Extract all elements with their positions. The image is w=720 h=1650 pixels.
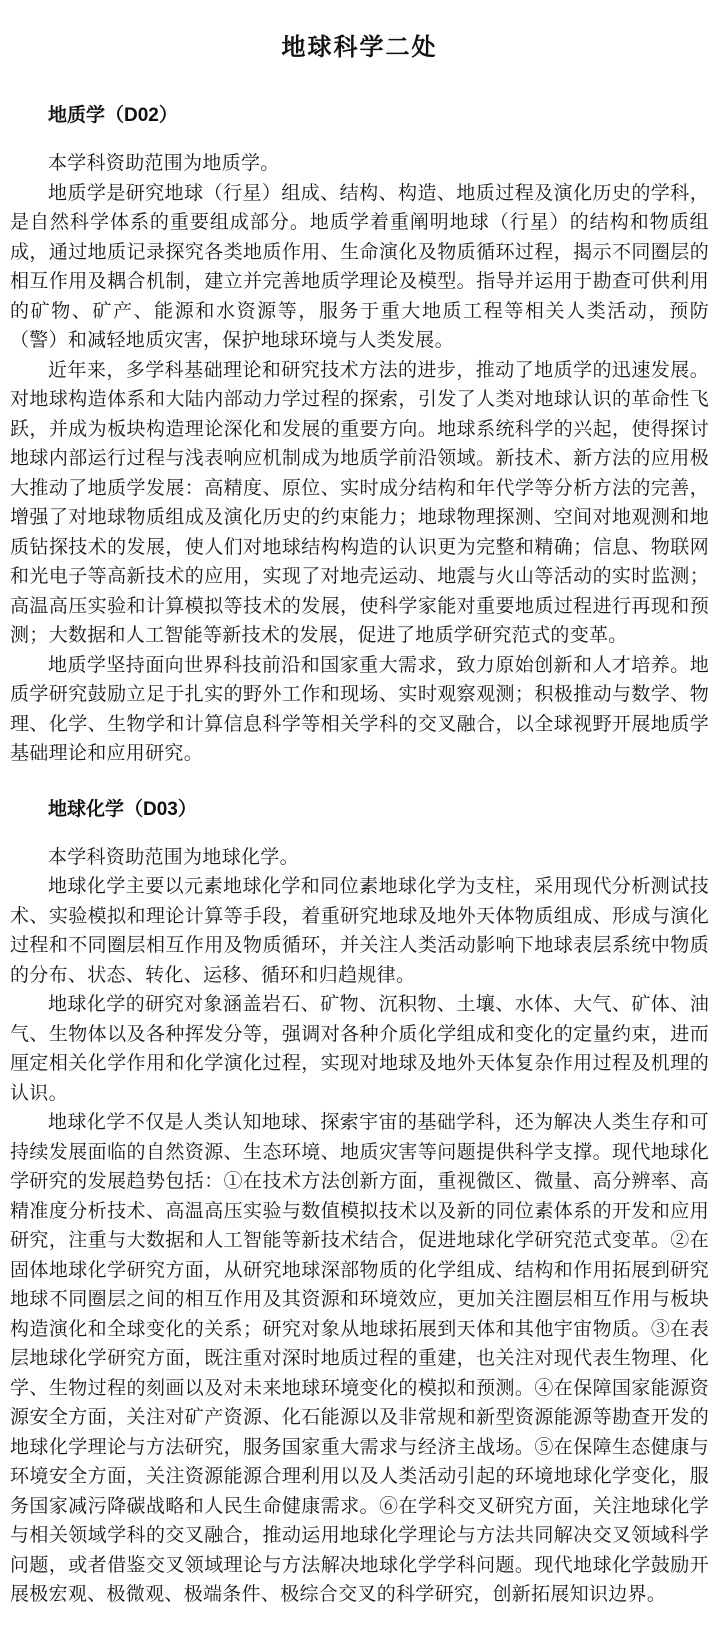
section-heading-geochemistry: 地球化学（D03） (10, 797, 709, 823)
paragraph: 地质学是研究地球（行星）组成、结构、构造、地质过程及演化历史的学科，是自然科学体… (10, 179, 709, 356)
section-geology: 地质学（D02） 本学科资助范围为地质学。 地质学是研究地球（行星）组成、结构、… (10, 103, 709, 769)
paragraph: 近年来，多学科基础理论和研究技术方法的进步，推动了地质学的迅速发展。对地球构造体… (10, 356, 709, 651)
paragraph: 地质学坚持面向世界科技前沿和国家重大需求，致力原始创新和人才培养。地质学研究鼓励… (10, 651, 709, 769)
page-title: 地球科学二处 (10, 33, 709, 63)
document-page: 地球科学二处 地质学（D02） 本学科资助范围为地质学。 地质学是研究地球（行星… (0, 0, 720, 1650)
section-heading-geology: 地质学（D02） (10, 103, 709, 129)
paragraph: 本学科资助范围为地质学。 (10, 149, 709, 179)
paragraph: 本学科资助范围为地球化学。 (10, 843, 709, 873)
paragraph: 地球化学主要以元素地球化学和同位素地球化学为支柱，采用现代分析测试技术、实验模拟… (10, 872, 709, 990)
paragraph: 地球化学的研究对象涵盖岩石、矿物、沉积物、土壤、水体、大气、矿体、油气、生物体以… (10, 990, 709, 1108)
paragraph: 地球化学不仅是人类认知地球、探索宇宙的基础学科，还为解决人类生存和可持续发展面临… (10, 1108, 709, 1610)
section-geochemistry: 地球化学（D03） 本学科资助范围为地球化学。 地球化学主要以元素地球化学和同位… (10, 797, 709, 1610)
